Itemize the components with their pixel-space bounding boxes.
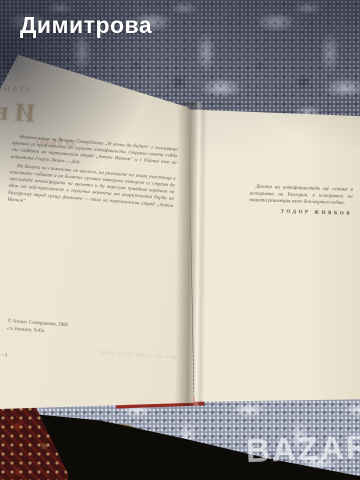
epigraph-quote: Делото на антифашистите ще остане в исто… [249, 183, 353, 206]
epigraph-block: Делото на антифашистите ще остане в исто… [249, 183, 353, 217]
publisher-blurb: Новата книга на Атанас Семерджиев „И веч… [7, 133, 178, 218]
listing-photo: АТАНАС СЕМЕРДЖИЕВ И вечни да бъдат Новат… [0, 0, 360, 480]
seller-name-label: Димитрова [20, 12, 152, 39]
bazar-watermark: BAZAR [245, 428, 360, 470]
margin-code: —3 [0, 352, 7, 358]
